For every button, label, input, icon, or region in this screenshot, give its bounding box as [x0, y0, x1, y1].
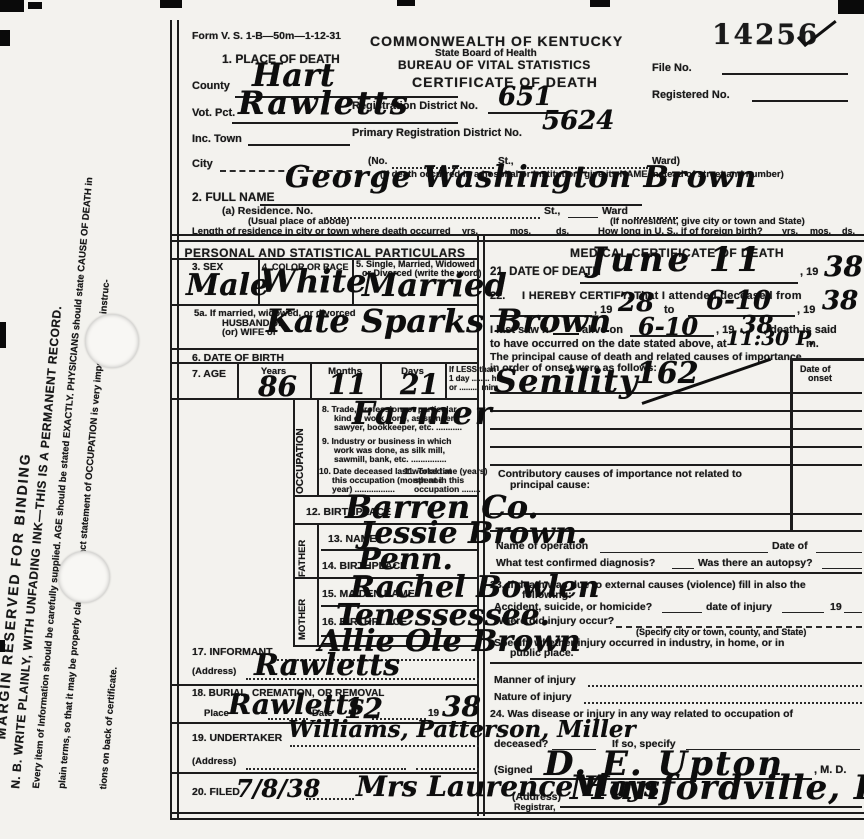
accident-line: [662, 612, 702, 613]
undertaker-address-label: (Address): [192, 756, 236, 767]
marital-value: Married: [362, 266, 507, 304]
length-residence-label: Length of residence in city or town wher…: [192, 226, 451, 237]
last-saw-value: 6-10: [638, 312, 698, 341]
residence-st-label: St.,: [544, 205, 560, 217]
how-long-ds: ds.: [842, 226, 855, 236]
scan-artifact: [0, 30, 10, 46]
cause-rule-2: [490, 410, 862, 412]
attended-to-19: , 19: [797, 304, 815, 316]
inc-town-line: [248, 144, 350, 146]
full-name-label: 2. FULL NAME: [192, 190, 274, 204]
manner-of-injury-line: [588, 685, 862, 687]
scan-artifact: [28, 2, 42, 9]
strikethrough-mark: [553, 333, 579, 335]
length-yrs: yrs.: [462, 226, 478, 236]
county-label: County: [192, 80, 230, 92]
date-of-death-year: 38: [824, 250, 863, 283]
industry-label-3: sawmill, bank, etc. ...............: [334, 454, 446, 464]
injury-19-label: 19: [830, 601, 842, 613]
physician-address-value: Munfordville, Ky: [570, 768, 864, 808]
mother-side-label: MOTHER: [297, 582, 313, 640]
primary-district-value: 5624: [542, 106, 614, 136]
occupation-label-divider: [317, 398, 319, 495]
bottom-rule-bottom: [170, 818, 864, 820]
scan-artifact: [160, 0, 182, 8]
if-less-line-3: or ......... min.: [449, 383, 498, 392]
injury-date-label: date of injury: [706, 601, 772, 613]
scan-artifact: [397, 0, 415, 6]
residence-line: [326, 217, 540, 219]
injury-date-line: [782, 612, 824, 613]
undertaker-value: Williams, Patterson, Miller: [288, 716, 636, 743]
binder-hole: [85, 314, 139, 368]
how-long-label: How long in U. S., if of foreign birth?: [598, 226, 763, 237]
operation-date-label: Date of: [772, 540, 808, 552]
informant-address-value: Rawletts: [254, 648, 400, 683]
injury-section-line: [490, 662, 862, 664]
color-value: White: [260, 262, 367, 300]
date-of-death-value: June 11: [590, 240, 764, 280]
how-long-mos: mos.: [810, 226, 831, 236]
bottom-rule-top: [170, 812, 864, 814]
test-line: [672, 568, 694, 569]
date-of-death-19: , 19: [800, 266, 818, 278]
residence-st-line: [568, 217, 598, 218]
primary-district-label: Primary Registration District No.: [352, 127, 522, 139]
nature-of-injury-label: Nature of injury: [494, 691, 572, 703]
how-long-yrs: yrs.: [782, 226, 798, 236]
days-ifless-divider: [445, 362, 447, 398]
registered-no-line: [752, 100, 848, 102]
informant-bottom-line: [170, 684, 479, 686]
onset-header-2: onset: [808, 373, 832, 383]
length-ds: ds.: [556, 226, 569, 236]
autopsy-label: Was there an autopsy?: [698, 557, 813, 569]
scan-artifact: [590, 0, 610, 7]
attended-to-year: 38: [822, 286, 858, 316]
test-label: What test confirmed diagnosis?: [496, 557, 655, 569]
cause-rule-5: [490, 464, 862, 466]
registered-no-label: Registered No.: [652, 89, 730, 101]
dob-label: 6. DATE OF BIRTH: [192, 352, 284, 364]
vot-pct-label: Vot. Pct.: [192, 107, 235, 119]
operation-date-line: [816, 552, 862, 553]
informant-address-label: (Address): [192, 666, 236, 677]
occurred-time-value: 11:30 P.: [726, 326, 815, 350]
injury-19-line: [844, 612, 862, 613]
cause-rule-4: [490, 446, 862, 448]
registrar-label: Registrar,: [514, 802, 556, 812]
sex-value: Male: [186, 268, 269, 303]
undertaker-label: 19. UNDERTAKER: [192, 732, 282, 744]
manner-of-injury-label: Manner of injury: [494, 674, 576, 686]
cause-of-death-value: Senility: [494, 362, 639, 400]
form-left-border-inner: [177, 20, 179, 818]
date-of-death-line: [580, 282, 798, 284]
cause-rule-3: [490, 428, 862, 430]
operation-line: [600, 552, 768, 553]
father-side-label: FATHER: [297, 527, 313, 577]
binder-hole: [58, 551, 110, 603]
form-code: Form V. S. 1-B—50m—1-12-31: [192, 30, 341, 42]
full-name-line: [260, 204, 642, 206]
file-no-label: File No.: [652, 62, 692, 74]
form-left-border-outer: [170, 20, 172, 818]
filed-label: 20. FILED: [192, 786, 240, 798]
row5a-bottom-line: [170, 348, 479, 350]
autopsy-line: [822, 568, 862, 569]
burial-place-label: Place: [204, 708, 229, 719]
inc-town-label: Inc. Town: [192, 133, 242, 145]
personal-section-title: PERSONAL AND STATISTICAL PARTICULARS: [175, 246, 475, 260]
death-certificate-scan: MARGIN RESERVED FOR BINDING N. B. WRITE …: [0, 0, 864, 839]
contributory-rule-1: [490, 513, 862, 515]
bureau-title: BUREAU OF VITAL STATISTICS: [398, 58, 591, 72]
vot-pct-value: Rawletts: [238, 84, 410, 122]
city-label: City: [192, 158, 213, 170]
commonwealth-title: COMMONWEALTH OF KENTUCKY: [370, 33, 623, 49]
onset-box-left: [790, 358, 793, 530]
scan-artifact: [0, 0, 24, 12]
specify-city-note: (Specify city or town, county, and State…: [636, 627, 806, 637]
scan-artifact: [0, 322, 6, 348]
length-mos: mos.: [510, 226, 531, 236]
full-name-value: George Washington Brown: [285, 160, 757, 195]
scan-artifact: [838, 0, 864, 14]
vot-pct-line: [232, 122, 458, 124]
age-label: 7. AGE: [192, 368, 226, 380]
age-years-value: 86: [258, 370, 297, 403]
nature-of-injury-line: [584, 702, 862, 704]
filed-value: 7/8/38: [236, 774, 320, 803]
file-no-line: [722, 73, 848, 75]
scan-artifact: [0, 640, 5, 652]
occupation-side-label: OCCUPATION: [295, 402, 311, 494]
trade-value: Farmer: [352, 394, 494, 432]
undertaker-line: [290, 745, 479, 747]
